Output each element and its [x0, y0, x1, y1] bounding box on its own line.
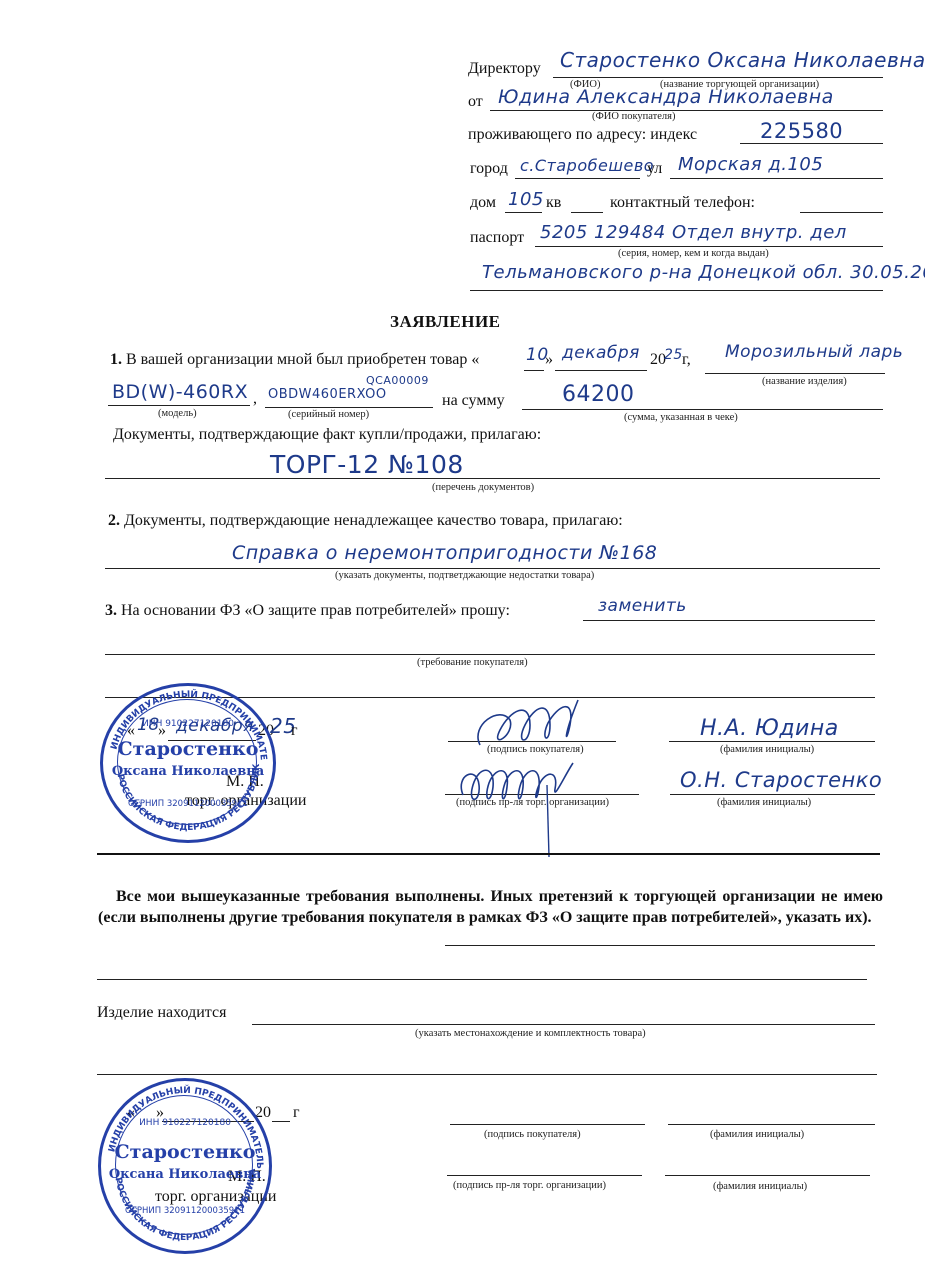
seller-name-line	[670, 794, 875, 795]
phone-field-line	[800, 212, 883, 213]
seller-name-line-2[interactable]	[665, 1175, 870, 1176]
request-hint: (требование покупателя)	[417, 657, 528, 668]
address-label: проживающего по адресу: индекс	[468, 126, 697, 144]
section2-label: Документы, подтверждающие ненадлежащее к…	[124, 512, 623, 529]
request-line	[583, 620, 875, 621]
sales-docs-value[interactable]: ТОРГ-12 №108	[270, 450, 464, 479]
section1-label: В вашей организации мной был приобретен …	[126, 351, 479, 368]
sales-docs-label: Документы, подтверждающие факт купли/про…	[113, 426, 541, 444]
sign2-year-line[interactable]	[272, 1121, 290, 1122]
from-label: от	[468, 93, 483, 111]
sales-docs-line	[105, 478, 880, 479]
model-value[interactable]: BD(W)-460RX	[112, 381, 248, 403]
sum-line	[522, 409, 883, 410]
purchase-year-suffix: г,	[682, 351, 691, 369]
house-field-line	[505, 212, 542, 213]
street-field-line	[670, 178, 883, 179]
svg-text:ИНН 910227120180: ИНН 910227120180	[139, 1118, 231, 1128]
request-value[interactable]: заменить	[598, 596, 687, 616]
section1-number: 1.	[110, 351, 122, 368]
item-location-hint: (указать местонахождение и комплектность…	[415, 1028, 646, 1039]
buyer-name-hint-2: (фамилия инициалы)	[710, 1129, 804, 1140]
purchase-day-line	[524, 370, 544, 371]
product-name-hint: (название изделия)	[762, 376, 847, 387]
index-value[interactable]: 225580	[760, 119, 843, 143]
from-value[interactable]: Юдина Александра Николаевна	[498, 86, 834, 108]
city-value[interactable]: с.Старобешево	[520, 156, 654, 175]
section1-text: 1. В вашей организации мной был приобрет…	[110, 351, 479, 369]
product-name-value[interactable]: Морозильный ларь	[725, 342, 903, 362]
document-title: ЗАЯВЛЕНИЕ	[390, 312, 501, 332]
passport-field-line-2	[470, 290, 883, 291]
closing-line-2	[97, 979, 867, 980]
index-field-line	[740, 143, 883, 144]
serial-line	[265, 407, 433, 408]
sign1-year-suffix: г	[291, 722, 298, 740]
section3-label: На основании ФЗ «О защите прав потребите…	[121, 602, 510, 619]
seller-sign-hint-2: (подпись пр-ля торг. организации)	[453, 1180, 606, 1191]
seller-name-hint: (фамилия инициалы)	[717, 797, 811, 808]
passport-hint: (серия, номер, кем и когда выдан)	[618, 248, 769, 259]
model-comma: ,	[253, 390, 257, 408]
purchase-year-value[interactable]: 25	[664, 347, 683, 363]
quality-docs-hint: (указать документы, подтветджающие недос…	[335, 570, 594, 581]
seller-name-hint-2: (фамилия инициалы)	[713, 1181, 807, 1192]
svg-text:ИНН 910227120180: ИНН 910227120180	[142, 719, 234, 729]
sales-docs-hint: (перечень документов)	[432, 482, 534, 493]
buyer-sign-hint-2: (подпись покупателя)	[484, 1129, 581, 1140]
city-field-line	[515, 178, 640, 179]
buyer-name-line	[669, 741, 875, 742]
section3-text: 3. На основании ФЗ «О защите прав потреб…	[105, 602, 510, 620]
svg-text:ОГРНИП 320911200035911: ОГРНИП 320911200035911	[128, 799, 248, 809]
closing-line-1	[445, 945, 875, 946]
passport-field-line	[535, 246, 883, 247]
closing-paragraph: Все мои вышеуказанные требования выполне…	[98, 886, 883, 928]
director-label: Директору	[468, 60, 541, 78]
stamp-ring-text: ИНДИВИДУАЛЬНЫЙ ПРЕДПРИНИМАТЕЛЬ РОССИЙСКА…	[103, 686, 273, 840]
model-line	[108, 405, 250, 406]
sum-value[interactable]: 64200	[562, 382, 635, 407]
purchase-month-line	[555, 370, 647, 371]
seller-sign-hint: (подпись пр-ля торг. организации)	[456, 797, 609, 808]
house-label: дом	[470, 194, 496, 212]
serial-value[interactable]: OBDW460ERXOO	[268, 387, 387, 402]
seller-sign-line-2[interactable]	[447, 1175, 642, 1176]
sum-label: на сумму	[442, 392, 505, 410]
buyer-sign-hint: (подпись покупателя)	[487, 744, 584, 755]
passport-value-2[interactable]: Тельмановского р-на Донецкой обл. 30.05.…	[482, 262, 925, 283]
city-label: город	[470, 160, 508, 178]
purchase-month-value[interactable]: декабря	[562, 343, 640, 363]
company-stamp: Старостенко Оксана Николаевна ИНДИВИДУАЛ…	[100, 683, 276, 843]
buyer-name-value[interactable]: Н.А. Юдина	[700, 716, 839, 741]
director-value[interactable]: Старостенко Оксана Николаевна ИП	[560, 48, 925, 72]
request-line-2	[105, 654, 875, 655]
seller-name-value[interactable]: О.Н. Старостенко	[680, 768, 882, 792]
serial-extra-value[interactable]: QCA00009	[366, 374, 429, 387]
product-name-line	[705, 373, 885, 374]
serial-hint: (серийный номер)	[288, 409, 369, 420]
section-divider	[97, 853, 880, 855]
purchase-quote-close: »	[545, 351, 553, 369]
section2-text: 2. Документы, подтверждающие ненадлежаще…	[108, 512, 623, 530]
passport-value[interactable]: 5205 129484 Отдел внутр. дел	[540, 222, 847, 243]
buyer-name-line-2[interactable]	[668, 1124, 875, 1125]
section3-number: 3.	[105, 602, 117, 619]
director-field-line	[553, 77, 883, 78]
item-location-line[interactable]	[252, 1024, 875, 1025]
model-hint: (модель)	[158, 408, 197, 419]
house-value[interactable]: 105	[508, 189, 544, 210]
passport-label: паспорт	[470, 229, 524, 247]
item-location-line-2[interactable]	[97, 1074, 877, 1075]
svg-text:ОГРНИП 320911200035911: ОГРНИП 320911200035911	[125, 1206, 245, 1216]
buyer-name-hint: (фамилия инициалы)	[720, 744, 814, 755]
from-hint: (ФИО покупателя)	[592, 111, 675, 122]
quality-docs-line	[105, 568, 880, 569]
phone-label: контактный телефон:	[610, 194, 755, 212]
stamp2-ring-text: ИНДИВИДУАЛЬНЫЙ ПРЕДПРИНИМАТЕЛЬ РОССИЙСКА…	[101, 1081, 269, 1251]
section2-number: 2.	[108, 512, 120, 529]
item-location-label: Изделие находится	[97, 1004, 226, 1022]
from-field-line	[490, 110, 883, 111]
sum-hint: (сумма, указанная в чеке)	[624, 412, 738, 423]
quality-docs-value[interactable]: Справка о неремонтопригодности №168	[232, 542, 657, 564]
buyer-sign-line-2[interactable]	[450, 1124, 645, 1125]
street-label: ул	[647, 160, 662, 178]
sign2-year-suffix: г	[293, 1104, 300, 1122]
apt-field-line	[571, 212, 603, 213]
company-stamp-2: Старостенко Оксана Николаевна ИНДИВИДУАЛ…	[98, 1078, 272, 1254]
apt-label: кв	[546, 194, 561, 212]
street-value[interactable]: Морская д.105	[678, 154, 823, 175]
